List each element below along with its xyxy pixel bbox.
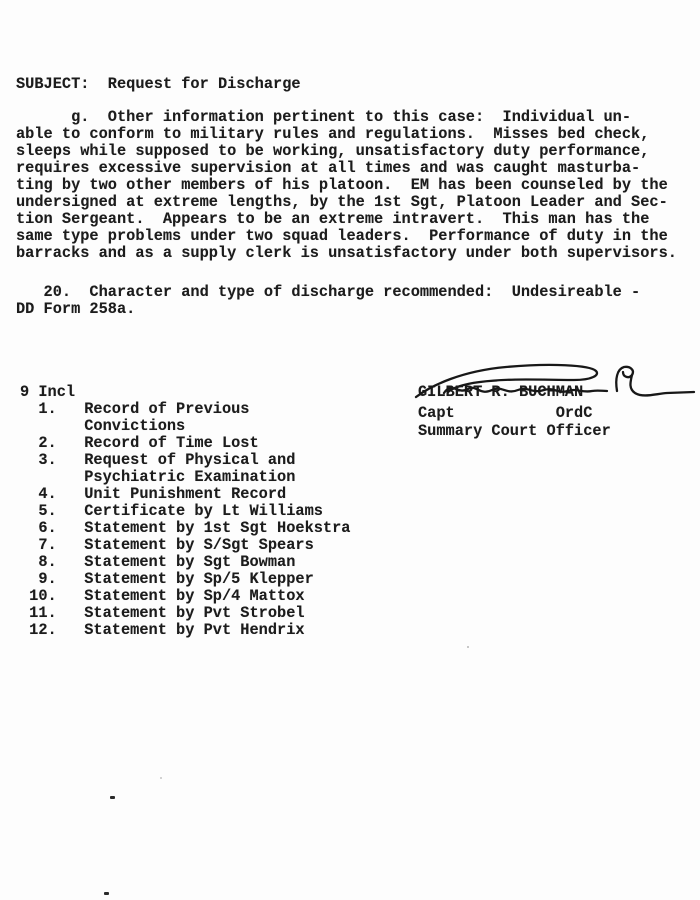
enclosure-item: Convictions <box>20 418 350 435</box>
enclosure-item: 7. Statement by S/Sgt Spears <box>20 537 350 554</box>
text-line: g. Other information pertinent to this c… <box>16 109 677 126</box>
scan-speck <box>160 777 162 779</box>
signature-block: GILBERT R. BUCHMAN Capt OrdC Summary Cou… <box>418 384 700 444</box>
text-line: requires excessive supervision at all ti… <box>16 160 677 177</box>
paragraph-20: 20. Character and type of discharge reco… <box>16 284 640 318</box>
enclosure-item: 4. Unit Punishment Record <box>20 486 350 503</box>
text-line: barracks and as a supply clerk is unsati… <box>16 245 677 262</box>
scan-speck <box>110 796 115 799</box>
scanned-document-page: SUBJECT: Request for Discharge g. Other … <box>0 0 700 900</box>
enclosure-item: 12. Statement by Pvt Hendrix <box>20 622 350 639</box>
enclosure-item: 10. Statement by Sp/4 Mattox <box>20 588 350 605</box>
text-line: able to conform to military rules and re… <box>16 126 677 143</box>
text-line: tion Sergeant. Appears to be an extreme … <box>16 211 677 228</box>
subject-line: SUBJECT: Request for Discharge <box>16 76 301 93</box>
subject-text: SUBJECT: Request for Discharge <box>16 76 301 93</box>
enclosure-list: 9 Incl 1. Record of Previous Convictions… <box>20 384 350 639</box>
text-line: ting by two other members of his platoon… <box>16 177 677 194</box>
enclosure-count: 9 Incl <box>20 384 350 401</box>
enclosure-item: 8. Statement by Sgt Bowman <box>20 554 350 571</box>
enclosure-item: 2. Record of Time Lost <box>20 435 350 452</box>
text-line: undersigned at extreme lengths, by the 1… <box>16 194 677 211</box>
text-line: sleeps while supposed to be working, uns… <box>16 143 677 160</box>
text-line: 20. Character and type of discharge reco… <box>16 284 640 301</box>
scan-speck <box>467 646 469 648</box>
enclosure-item: 11. Statement by Pvt Strobel <box>20 605 350 622</box>
scan-speck <box>104 892 109 895</box>
enclosure-item: 1. Record of Previous <box>20 401 350 418</box>
signer-rank-line: Capt OrdC <box>418 405 592 422</box>
signer-typed-name: GILBERT R. BUCHMAN <box>418 384 583 401</box>
enclosure-item: 6. Statement by 1st Sgt Hoekstra <box>20 520 350 537</box>
enclosure-item: Psychiatric Examination <box>20 469 350 486</box>
paragraph-g: g. Other information pertinent to this c… <box>16 109 677 262</box>
text-line: DD Form 258a. <box>16 301 640 318</box>
enclosure-item: 3. Request of Physical and <box>20 452 350 469</box>
text-line: same type problems under two squad leade… <box>16 228 677 245</box>
enclosure-item: 5. Certificate by Lt Williams <box>20 503 350 520</box>
enclosure-item: 9. Statement by Sp/5 Klepper <box>20 571 350 588</box>
signer-title-line: Summary Court Officer <box>418 423 611 440</box>
